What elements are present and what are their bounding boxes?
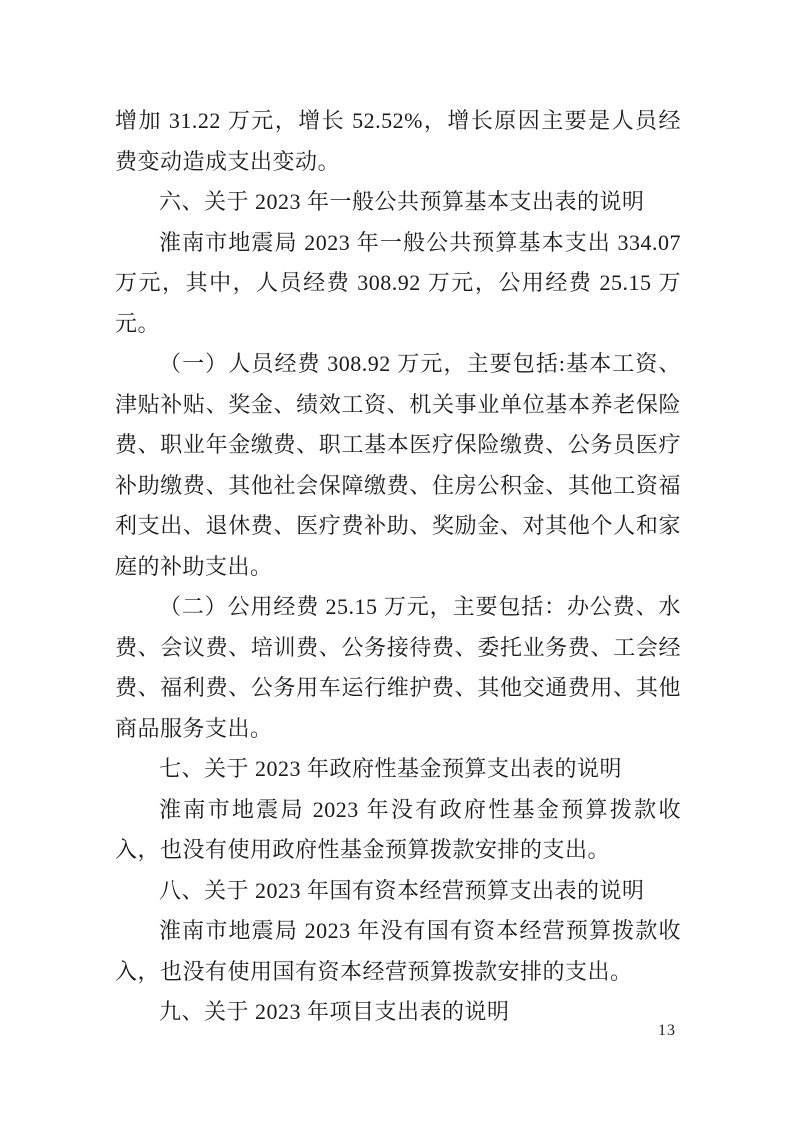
page-number: 13 bbox=[658, 1022, 676, 1040]
para-public-expenses: （二）公用经费 25.15 万元，主要包括：办公费、水费、会议费、培训费、公务接… bbox=[115, 587, 681, 749]
heading-section-eight: 八、关于 2023 年国有资本经营预算支出表的说明 bbox=[115, 871, 681, 912]
para-personnel-expenses: （一）人员经费 308.92 万元，主要包括:基本工资、津贴补贴、奖金、绩效工资… bbox=[115, 344, 681, 587]
heading-section-six: 六、关于 2023 年一般公共预算基本支出表的说明 bbox=[115, 182, 681, 223]
para-expenditure-change: 增加 31.22 万元，增长 52.52%，增长原因主要是人员经费变动造成支出变… bbox=[115, 101, 681, 182]
document-body: 增加 31.22 万元，增长 52.52%，增长原因主要是人员经费变动造成支出变… bbox=[115, 101, 681, 1033]
para-general-budget-basic-expenditure: 淮南市地震局 2023 年一般公共预算基本支出 334.07 万元，其中，人员经… bbox=[115, 223, 681, 345]
para-state-capital-budget: 淮南市地震局 2023 年没有国有资本经营预算拨款收入，也没有使用国有资本经营预… bbox=[115, 911, 681, 992]
heading-section-seven: 七、关于 2023 年政府性基金预算支出表的说明 bbox=[115, 749, 681, 790]
heading-section-nine: 九、关于 2023 年项目支出表的说明 bbox=[115, 992, 681, 1033]
para-government-fund-budget: 淮南市地震局 2023 年没有政府性基金预算拨款收入，也没有使用政府性基金预算拨… bbox=[115, 790, 681, 871]
document-page: 增加 31.22 万元，增长 52.52%，增长原因主要是人员经费变动造成支出变… bbox=[0, 0, 793, 1122]
